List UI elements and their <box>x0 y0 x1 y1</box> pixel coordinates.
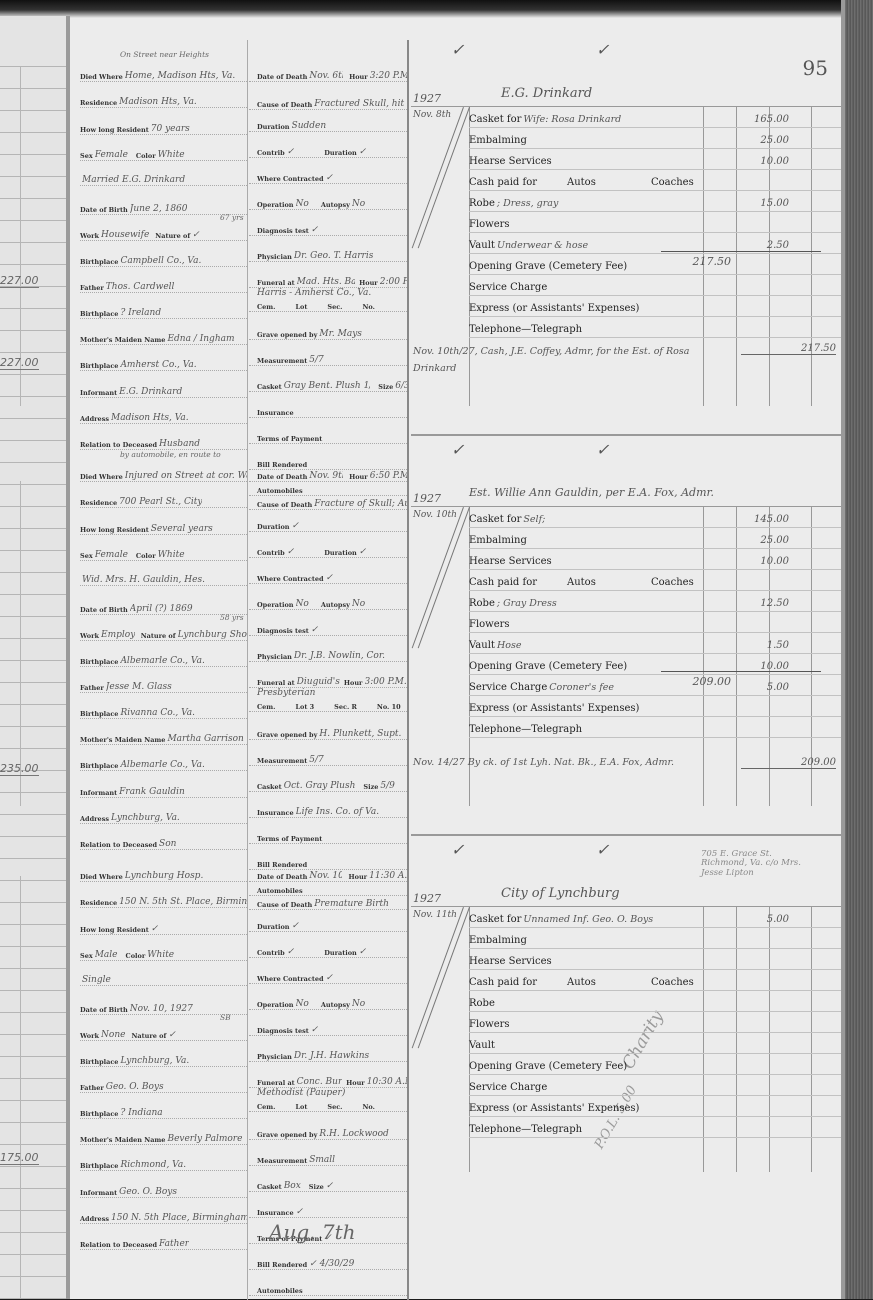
charge-label: Embalming <box>469 135 527 146</box>
field-sex: SexFemaleColorWhite <box>80 141 247 161</box>
strike-line <box>412 507 464 648</box>
field-relation: Relation to DeceasedHusband <box>80 430 247 450</box>
field-label: Insurance <box>257 809 294 817</box>
field-value: Lynchburg Hosp. <box>125 871 204 881</box>
ruled-line <box>0 616 66 617</box>
ruled-line <box>0 1012 66 1013</box>
field-value: 5/7 <box>309 755 323 765</box>
field-died-where: Died WhereInjured on Street at cor. Wash… <box>80 462 247 482</box>
coaches-label: Coaches <box>651 577 694 588</box>
field-contrib: Contrib✓Duration✓ <box>249 938 407 958</box>
field-funeral-at: Funeral atConc. BurialHour10:30 A.M. <box>249 1068 407 1088</box>
field-value: Dr. Geo. T. Harris <box>294 251 373 261</box>
ruled-line <box>0 1276 66 1277</box>
field-value: Methodist (Pauper) <box>257 1088 345 1098</box>
field-value: Thos. Cardwell <box>106 282 175 292</box>
charge-row-service-charge: Service ChargeCoroner's fee5.00 <box>469 675 841 696</box>
field-value: Lynchburg, Va. <box>120 1056 189 1066</box>
field-label: Diagnosis test <box>257 627 309 635</box>
field-label: Terms of Payment <box>257 435 322 443</box>
field-label: Cem. <box>257 703 275 711</box>
field-label: Father <box>80 1084 104 1092</box>
entry-payee: E.G. Drinkard <box>501 86 592 101</box>
field-label: Autopsy <box>321 201 350 209</box>
field-physician: PhysicianDr. Geo. T. Harris <box>249 242 407 262</box>
cem-no-label: No. <box>362 303 374 311</box>
field-relation: Relation to DeceasedSon <box>80 830 247 850</box>
field-value: Beverly Palmore <box>167 1134 242 1144</box>
field-measurement: Measurement5/7 <box>249 346 407 366</box>
field-value: White <box>158 550 185 560</box>
field-value: Rivanna Co., Va. <box>120 708 195 718</box>
strike-line <box>418 107 470 248</box>
field-grave-opened-by: Grave opened byH. Plunkett, Supt. <box>249 720 407 740</box>
autos-label: Autos <box>567 177 596 188</box>
field-value: Campbell Co., Va. <box>120 256 201 266</box>
field-value: Albemarle Co., Va. <box>120 656 204 666</box>
ruled-line <box>0 154 66 155</box>
charge-label: Flowers <box>469 219 510 230</box>
field-value: Nov. 10, 1927 <box>130 1004 193 1014</box>
charge-label: Express (or Assistants' Expenses) <box>469 703 639 714</box>
payment-amount: 209.00 <box>741 757 836 769</box>
field-cause-of-death: Cause of DeathFracture of Skull; Automob… <box>249 490 407 510</box>
field-value: Housewife <box>101 230 149 240</box>
charge-amount: 1.50 <box>709 640 789 651</box>
field-value: ✓ <box>296 1207 304 1217</box>
ruled-line <box>0 396 66 397</box>
ruled-line <box>0 924 66 925</box>
charge-amount: 10.00 <box>709 156 789 167</box>
field-label: Diagnosis test <box>257 1027 309 1035</box>
field-value: White <box>147 950 174 960</box>
field-father: FatherGeo. O. Boys <box>80 1073 247 1093</box>
field-label: Measurement <box>257 757 307 765</box>
field-funeral-at: Funeral atDiuguid'sHour3:00 P.M. <box>249 668 407 688</box>
charge-description: ; Dress, gray <box>497 198 558 209</box>
charge-label: Telephone—Telegraph <box>469 724 582 735</box>
charge-label: Flowers <box>469 1019 510 1030</box>
field-value: No <box>352 199 365 209</box>
field-value: Female <box>95 550 128 560</box>
charge-description: Unnamed Inf. Geo. O. Boys <box>523 914 653 925</box>
field-label: Birthplace <box>80 362 118 370</box>
field-value: 3:00 P.M. <box>365 677 407 687</box>
field-label: Where Contracted <box>257 175 324 183</box>
ledger-entry: ✓✓1927E.G. DrinkardNov. 8thCasket forWif… <box>411 40 841 440</box>
ruled-line <box>0 946 66 947</box>
charge-label: Embalming <box>469 535 527 546</box>
field-mothers-maiden-name: Mother's Maiden NameBeverly Palmore <box>80 1125 247 1145</box>
ruled-line <box>0 880 66 881</box>
charge-row-hearse: Hearse Services10.00 <box>469 549 841 570</box>
charge-label: Robe <box>469 198 495 209</box>
field-value: 70 years <box>151 124 190 134</box>
ruled-line <box>0 704 66 705</box>
ruled-line <box>0 308 66 309</box>
entry-divider <box>411 834 841 836</box>
field-contrib: Contrib✓Duration✓ <box>249 538 407 558</box>
ruled-line <box>0 792 66 793</box>
field-casket: CasketOct. Gray PlushSize5/9 <box>249 772 407 792</box>
field-sex: SexMaleColorWhite <box>80 941 247 961</box>
field-value: ✓ 4/30/29 <box>309 1259 354 1269</box>
charge-amount: 5.00 <box>709 914 789 925</box>
entry-year: 1927 <box>413 92 441 105</box>
charge-label: Opening Grave (Cemetery Fee) <box>469 1061 627 1072</box>
charge-row-hearse: Hearse Services <box>469 949 841 970</box>
autos-label: Autos <box>567 977 596 988</box>
field-label: Address <box>80 815 109 823</box>
field-cem: Cem.Harris - Amherst Co., Va.LotSec.No. <box>249 292 407 312</box>
field-value: ✓ <box>151 924 159 934</box>
field-label: Relation to Deceased <box>80 441 157 449</box>
field-address: AddressLynchburg, Va. <box>80 804 247 824</box>
ruled-line <box>0 264 66 265</box>
field-operation: OperationNoAutopsyNo <box>249 990 407 1010</box>
field-label: Residence <box>80 99 117 107</box>
field-value: ✓ <box>292 521 300 531</box>
ruled-line <box>0 1100 66 1101</box>
charge-row-express: Express (or Assistants' Expenses) <box>469 296 841 317</box>
field-label: Birthplace <box>80 762 118 770</box>
strike-line <box>418 507 470 648</box>
field-informant: InformantE.G. Drinkard <box>80 378 247 398</box>
field-value: No <box>296 199 309 209</box>
field-label: Duration <box>257 523 290 531</box>
field-value: Lynchburg, Va. <box>111 813 180 823</box>
field-value: Mr. Mays <box>319 329 362 339</box>
strike-line <box>418 907 470 1048</box>
field-value: None <box>101 1030 125 1040</box>
coaches-label: Coaches <box>651 177 694 188</box>
field-value: 11:30 A.M. <box>369 871 407 881</box>
field-label: Mother's Maiden Name <box>80 1136 165 1144</box>
field-duration: Duration✓ <box>249 512 407 532</box>
field-label: Hour <box>359 279 378 287</box>
field-where-contracted: Where Contracted✓ <box>249 164 407 184</box>
entry-payee: Est. Willie Ann Gauldin, per E.A. Fox, A… <box>469 486 714 499</box>
charge-row-cash-paid: Cash paid forAutosCoaches <box>469 970 841 991</box>
charge-row-embalming: Embalming <box>469 928 841 949</box>
field-label: Birthplace <box>80 258 118 266</box>
ruled-line <box>0 462 66 463</box>
field-label: Funeral at <box>257 279 295 287</box>
field-label: Physician <box>257 1053 292 1061</box>
field-address: AddressMadison Hts, Va. <box>80 404 247 424</box>
field-label: Casket <box>257 383 282 391</box>
charge-row-opening-grave: Opening Grave (Cemetery Fee) <box>469 1054 841 1075</box>
field-label: Color <box>136 552 156 560</box>
field-value: Son <box>159 839 176 849</box>
field-label: Birthplace <box>80 710 118 718</box>
field-date-of-death: Date of DeathNov. 10thHour11:30 A.M. <box>249 862 407 882</box>
ruled-line <box>0 198 66 199</box>
field-label: Hour <box>349 73 368 81</box>
field-label: Duration <box>324 549 357 557</box>
entry-total: 209.00 <box>671 675 731 688</box>
field-value: Gray Bent. Plush 1/2 C. <box>284 381 371 391</box>
field-label: Where Contracted <box>257 975 324 983</box>
charge-description: Wife: Rosa Drinkard <box>523 114 621 125</box>
field-label: Duration <box>257 923 290 931</box>
field-value: R.H. Lockwood <box>319 1129 388 1139</box>
field-value: Geo. O. Boys <box>119 1187 177 1197</box>
entry-date: Nov. 10th <box>413 510 457 520</box>
charge-label: Robe <box>469 998 495 1009</box>
charge-label: Flowers <box>469 619 510 630</box>
charge-label: Robe <box>469 598 495 609</box>
field-diagnosis-test: Diagnosis test✓ <box>249 616 407 636</box>
field-value: Life Ins. Co. of Va. <box>296 807 379 817</box>
field-label: Date of Birth <box>80 606 128 614</box>
charge-row-cash-paid: Cash paid forAutosCoaches <box>469 570 841 591</box>
field-duration: DurationSudden <box>249 112 407 132</box>
field-measurement: Measurement5/7 <box>249 746 407 766</box>
field-value: Dr. J.B. Nowlin, Cor. <box>294 651 385 661</box>
cem-lot-label: Lot <box>295 303 307 311</box>
ledger-entry: ✓✓1927Est. Willie Ann Gauldin, per E.A. … <box>411 440 841 840</box>
died-where-note: On Street near Heights <box>120 50 209 59</box>
charge-row-casket: Casket forUnnamed Inf. Geo. O. Boys5.00 <box>469 907 841 928</box>
field-cem: Cem.PresbyterianLot 3Sec. RNo. 10 <box>249 692 407 712</box>
ruled-line <box>0 110 66 111</box>
field-label: Diagnosis test <box>257 227 309 235</box>
field-mother-birthplace: BirthplaceAlbemarle Co., Va. <box>80 751 247 771</box>
field-contrib: Contrib✓Duration✓ <box>249 138 407 158</box>
ruled-line <box>0 814 66 815</box>
ruled-line <box>0 1034 66 1035</box>
field-value: Harris - Amherst Co., Va. <box>257 288 371 298</box>
charge-label: Opening Grave (Cemetery Fee) <box>469 661 627 672</box>
charge-row-flowers: Flowers <box>469 1012 841 1033</box>
field-label: Hour <box>349 473 368 481</box>
charge-row-casket: Casket forSelf;145.00 <box>469 507 841 528</box>
field-label: Hour <box>348 873 367 881</box>
field-marital: Wid. Mrs. H. Gauldin, Hes. <box>80 566 247 586</box>
cem-no-label: No. 10 <box>377 703 401 711</box>
field-value: ✓ <box>287 547 295 557</box>
ruled-line <box>0 1210 66 1211</box>
field-label: Relation to Deceased <box>80 841 157 849</box>
field-label: Cause of Death <box>257 901 312 909</box>
ruled-line <box>0 374 66 375</box>
field-label: Address <box>80 1215 109 1223</box>
field-date-of-birth: Date of BirthNov. 10, 1927 <box>80 995 247 1015</box>
field-label: Duration <box>257 123 290 131</box>
field-mother-birthplace: BirthplaceRichmond, Va. <box>80 1151 247 1171</box>
field-label: Contrib <box>257 949 285 957</box>
field-label: Birthplace <box>80 658 118 666</box>
ruled-line <box>0 1078 66 1079</box>
field-birthplace: BirthplaceCampbell Co., Va. <box>80 247 247 267</box>
field-value: No <box>352 999 365 1009</box>
charge-row-express: Express (or Assistants' Expenses) <box>469 696 841 717</box>
field-value: Amherst Co., Va. <box>120 360 196 370</box>
field-label: Date of Birth <box>80 1006 128 1014</box>
field-value: 3:20 P.M. <box>370 71 407 81</box>
field-label: Died Where <box>80 473 123 481</box>
field-value: Fractured Skull, hit by automobile <box>314 99 407 109</box>
field-value: 6:50 P.M. <box>370 471 407 481</box>
ruled-line <box>0 858 66 859</box>
field-mothers-maiden-name: Mother's Maiden NameMartha Garrison <box>80 725 247 745</box>
charge-label: Hearse Services <box>469 556 552 567</box>
charge-label: Vault <box>469 640 495 651</box>
field-value: ✓ <box>192 230 200 240</box>
ruled-line <box>0 352 66 353</box>
field-value: Dr. J.H. Hawkins <box>294 1051 369 1061</box>
field-value: Married E.G. Drinkard <box>82 175 185 185</box>
field-value: 700 Pearl St., City <box>119 497 202 507</box>
field-value: 2:00 P.M. <box>380 277 407 287</box>
check-mark-icon: ✓ <box>596 40 609 59</box>
total-rule <box>661 251 821 252</box>
field-label: Work <box>80 232 99 240</box>
charge-label: Telephone—Telegraph <box>469 1124 582 1135</box>
field-relation: Relation to DeceasedFather <box>80 1230 247 1250</box>
field-label: Father <box>80 684 104 692</box>
field-operation: OperationNoAutopsyNo <box>249 190 407 210</box>
field-funeral-at: Funeral atMad. Hts. Bapt. Ch.Hour2:00 P.… <box>249 268 407 288</box>
field-residence: Residence150 N. 5th St. Place, Birmingha… <box>80 888 247 908</box>
field-label: Casket <box>257 1183 282 1191</box>
ruled-line <box>0 550 66 551</box>
charge-label: Cash paid for <box>469 177 537 188</box>
entry-year: 1927 <box>413 492 441 505</box>
field-value: ✓ <box>287 947 295 957</box>
field-label: Automobiles <box>257 1287 303 1295</box>
check-mark-icon: ✓ <box>451 440 464 459</box>
field-value: ? Indiana <box>120 1108 162 1118</box>
ruled-line <box>0 594 66 595</box>
field-value: Presbyterian <box>257 688 315 698</box>
ruled-line <box>0 220 66 221</box>
field-value: Premature Birth <box>314 899 389 909</box>
field-how-long-resident: How long ResidentSeveral years <box>80 515 247 535</box>
field-label: Grave opened by <box>257 731 317 739</box>
field-value: Father <box>159 1239 189 1249</box>
field-operation: OperationNoAutopsyNo <box>249 590 407 610</box>
field-value: Nov. 9th <box>309 471 343 481</box>
check-mark-icon: ✓ <box>451 840 464 859</box>
field-label: How long Resident <box>80 526 149 534</box>
charge-row-robe: Robe; Gray Dress12.50 <box>469 591 841 612</box>
ruled-line <box>0 726 66 727</box>
field-value: June 2, 1860 <box>130 204 188 214</box>
payment-note: Nov. 10th/27, Cash, J.E. Coffey, Admr, f… <box>413 343 713 377</box>
field-label: Nature of <box>131 1032 166 1040</box>
field-value: ✓ <box>326 973 334 983</box>
charge-row-vault: VaultHose1.50 <box>469 633 841 654</box>
entry-date: Nov. 11th <box>413 910 457 920</box>
field-informant: InformantGeo. O. Boys <box>80 1178 247 1198</box>
field-label: Funeral at <box>257 679 295 687</box>
field-measurement: MeasurementSmall <box>249 1146 407 1166</box>
field-label: Died Where <box>80 873 123 881</box>
field-label: Grave opened by <box>257 1131 317 1139</box>
field-address: Address150 N. 5th Place, Birmingham, Ala… <box>80 1204 247 1224</box>
charge-row-embalming: Embalming25.00 <box>469 528 841 549</box>
field-value: 10:30 A.M. <box>367 1077 407 1087</box>
charge-row-telephone: Telephone—Telegraph <box>469 1117 841 1138</box>
field-label: Duration <box>324 149 357 157</box>
field-value: Female <box>95 150 128 160</box>
field-where-contracted: Where Contracted✓ <box>249 964 407 984</box>
charge-row-express: Express (or Assistants' Expenses) <box>469 1096 841 1117</box>
field-insurance: Insurance✓ <box>249 1198 407 1218</box>
charge-label: Cash paid for <box>469 577 537 588</box>
field-label: Operation <box>257 1001 294 1009</box>
decedent-column: Died WhereHome, Madison Hts, Va.On Stree… <box>80 40 248 1299</box>
field-value: Wid. Mrs. H. Gauldin, Hes. <box>82 575 205 585</box>
field-value: ✓ <box>326 573 334 583</box>
field-physician: PhysicianDr. J.H. Hawkins <box>249 1042 407 1062</box>
field-grave-opened-by: Grave opened byMr. Mays <box>249 320 407 340</box>
field-label: Cem. <box>257 303 275 311</box>
field-label: Address <box>80 415 109 423</box>
coaches-label: Coaches <box>651 977 694 988</box>
charge-row-opening-grave: Opening Grave (Cemetery Fee) <box>469 254 841 275</box>
charge-label: Service Charge <box>469 282 547 293</box>
field-value: Madison Hts, Va. <box>111 413 189 423</box>
field-value: Diuguid's <box>297 677 340 687</box>
field-value: Jesse M. Glass <box>106 682 172 692</box>
field-value: White <box>158 150 185 160</box>
field-label: Sex <box>80 952 93 960</box>
field-cause-of-death: Cause of DeathPremature Birth <box>249 890 407 910</box>
entry-total: 217.50 <box>671 255 731 268</box>
ruled-column <box>20 66 21 406</box>
field-label: Mother's Maiden Name <box>80 736 165 744</box>
field-value: Lynchburg Shoe Co. <box>178 630 247 640</box>
field-label: Operation <box>257 601 294 609</box>
ruled-line <box>0 1232 66 1233</box>
field-label: Size <box>363 783 378 791</box>
field-value: ✓ <box>326 1181 334 1191</box>
charge-label: Telephone—Telegraph <box>469 324 582 335</box>
field-value: Small <box>309 1155 335 1165</box>
ruled-line <box>0 990 66 991</box>
charge-row-cash-paid: Cash paid forAutosCoaches <box>469 170 841 191</box>
charge-label: Vault <box>469 240 495 251</box>
field-duration: Duration✓ <box>249 912 407 932</box>
field-label: Nature of <box>141 632 176 640</box>
field-label: Nature of <box>155 232 190 240</box>
field-value: Home, Madison Hts, Va. <box>125 71 235 81</box>
field-value: Mad. Hts. Bapt. Ch. <box>297 277 355 287</box>
ruled-line <box>0 506 66 507</box>
charge-row-vault: Vault <box>469 1033 841 1054</box>
field-value: Conc. Burial <box>297 1077 342 1087</box>
margin-amount: 175.00 <box>0 1151 39 1165</box>
ruled-line <box>0 66 66 67</box>
scan-shadow <box>0 0 873 18</box>
charge-row-embalming: Embalming25.00 <box>469 128 841 149</box>
field-label: Where Contracted <box>257 575 324 583</box>
field-label: Work <box>80 632 99 640</box>
ruled-line <box>0 176 66 177</box>
field-where-contracted: Where Contracted✓ <box>249 564 407 584</box>
field-father: FatherJesse M. Glass <box>80 673 247 693</box>
field-label: Informant <box>80 1189 117 1197</box>
field-label: Bill Rendered <box>257 1261 307 1269</box>
field-value: Employee <box>101 630 135 640</box>
ruled-line <box>0 902 66 903</box>
autos-label: Autos <box>567 577 596 588</box>
charge-label: Vault <box>469 1040 495 1051</box>
field-value: Sudden <box>292 121 327 131</box>
